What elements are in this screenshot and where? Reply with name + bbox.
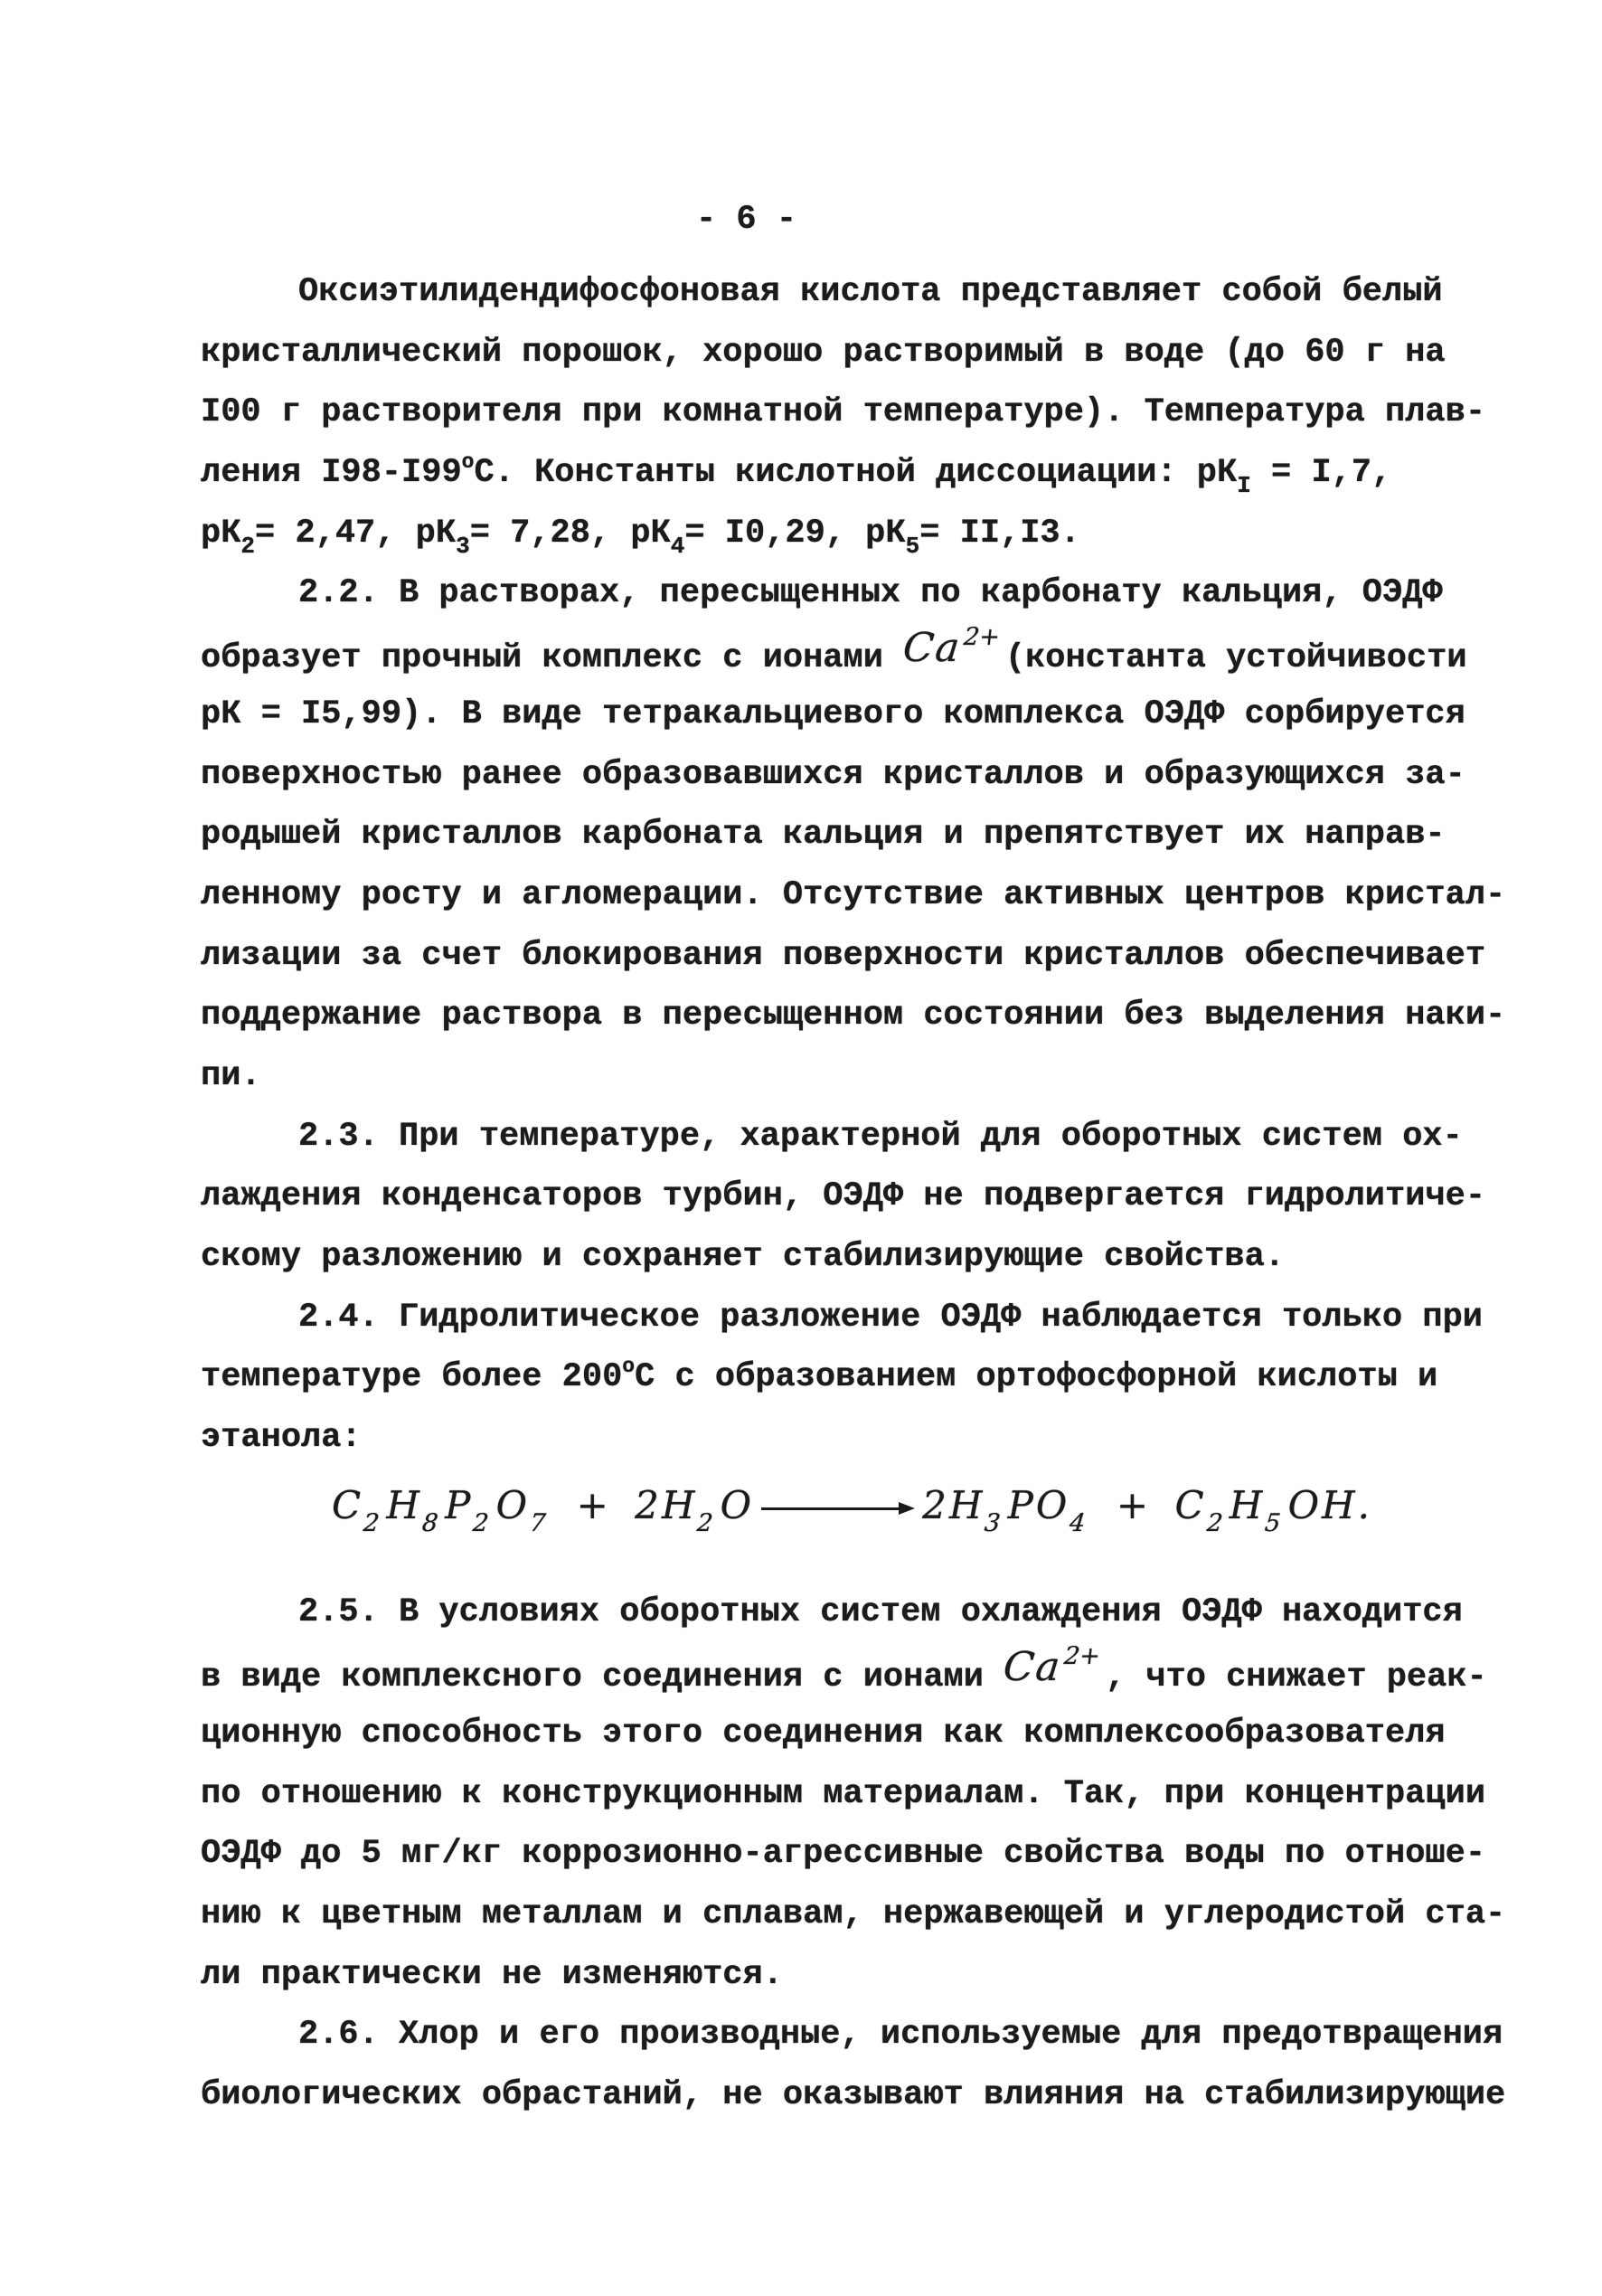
typed-text: нию к цветным металлам и сплавам, нержав… bbox=[201, 1895, 1505, 1933]
typed-text: 2H bbox=[922, 1483, 985, 1527]
degree-superscript: о bbox=[462, 432, 475, 493]
subscript: 3 bbox=[982, 1494, 1006, 1554]
typed-text: H bbox=[1230, 1483, 1266, 1527]
text-line: 2.6. Хлор и его производные, используемы… bbox=[201, 2005, 1503, 2065]
typed-text: рК = I5,99). В виде тетракальциевого ком… bbox=[201, 695, 1465, 733]
subscript: 2 bbox=[470, 1494, 495, 1554]
text-line: ления I98-I99оС. Константы кислотной дис… bbox=[201, 443, 1503, 504]
typed-text: по отношению к конструкционным материала… bbox=[201, 1775, 1485, 1813]
typed-text: в виде комплексного соединения с ионами bbox=[201, 1658, 1004, 1696]
typed-text: поверхностью ранее образовавшихся криста… bbox=[201, 756, 1465, 794]
text-line: образует прочный комплекс с ионами Са2+(… bbox=[201, 624, 1503, 685]
chemical-equation: C2H8P2O7 + 2H2O2H3PO4 + C2H5OH. bbox=[201, 1476, 1503, 1536]
typed-text: лизации за счет блокирования поверхности… bbox=[201, 937, 1485, 975]
typed-text: 2.2. В растворах, пересыщенных по карбон… bbox=[298, 574, 1443, 612]
typed-text: 2.4. Гидролитическое разложение ОЭДФ наб… bbox=[298, 1299, 1483, 1337]
typed-text: = II,I3. bbox=[919, 515, 1080, 553]
typed-text: = I0,29, рК bbox=[684, 515, 905, 553]
scanned-document-page: - 6 - Оксиэтилидендифосфоновая кислота п… bbox=[0, 0, 1602, 2296]
typed-text: ционную способность этого соединения как… bbox=[201, 1715, 1446, 1753]
subscript: I bbox=[1237, 456, 1251, 516]
subscript: 8 bbox=[419, 1494, 443, 1554]
text-line: кристаллический порошок, хорошо раствори… bbox=[201, 323, 1503, 383]
typed-text: OH. bbox=[1288, 1483, 1372, 1527]
typed-text: родышей кристаллов карбоната кальция и п… bbox=[201, 816, 1446, 854]
typed-text: кристаллический порошок, хорошо раствори… bbox=[201, 334, 1446, 372]
text-line: ОЭДФ до 5 мг/кг коррозионно-агрессивные … bbox=[201, 1824, 1503, 1885]
typed-text: скому разложению и сохраняет стабилизиру… bbox=[201, 1238, 1285, 1276]
text-line: рК2= 2,47, рК3= 7,28, рК4= I0,29, рК5= I… bbox=[201, 504, 1503, 564]
typed-text: лаждения конденсаторов турбин, ОЭДФ не п… bbox=[201, 1177, 1485, 1215]
text-line: пи. bbox=[201, 1046, 1503, 1107]
subscript: 4 bbox=[671, 516, 685, 577]
text-line: 2.3. При температуре, характерной для об… bbox=[201, 1107, 1503, 1167]
subscript: 7 bbox=[527, 1494, 551, 1554]
subscript: 5 bbox=[906, 516, 920, 577]
typed-text: P bbox=[445, 1483, 473, 1527]
text-line: в виде комплексного соединения с ионами … bbox=[201, 1643, 1503, 1704]
handwritten-calcium-ion: Са bbox=[1001, 1638, 1065, 1698]
typed-text: образует прочный комплекс с ионами bbox=[201, 639, 903, 677]
typed-text: биологических обрастаний, не оказывают в… bbox=[201, 2076, 1505, 2114]
handwritten-ion-charge-superscript: 2+ bbox=[1061, 1627, 1104, 1687]
typed-text: O bbox=[721, 1483, 754, 1527]
text-line: по отношению к конструкционным материала… bbox=[201, 1764, 1503, 1825]
typed-text: + C bbox=[1093, 1483, 1207, 1527]
handwritten-ion-charge-superscript: 2+ bbox=[961, 608, 1004, 668]
text-line: поверхностью ранее образовавшихся криста… bbox=[201, 745, 1503, 806]
typed-text: поддержание раствора в пересыщенном сост… bbox=[201, 997, 1505, 1035]
typed-text: = 2,47, рК bbox=[255, 515, 456, 553]
subscript: 4 bbox=[1067, 1494, 1091, 1554]
subscript: 2 bbox=[361, 1494, 385, 1554]
text-line: лаждения конденсаторов турбин, ОЭДФ не п… bbox=[201, 1167, 1503, 1227]
text-line: 2.2. В растворах, пересыщенных по карбон… bbox=[201, 563, 1503, 624]
typed-text: пи. bbox=[201, 1057, 261, 1095]
typed-text: , что снижает реак- bbox=[1106, 1658, 1487, 1696]
typed-text: (константа устойчивости bbox=[1005, 639, 1467, 677]
reaction-arrow-icon bbox=[761, 1495, 915, 1522]
typed-text: O bbox=[496, 1483, 530, 1527]
typed-text: ленному росту и агломерации. Отсутствие … bbox=[201, 876, 1505, 914]
text-line: ционную способность этого соединения как… bbox=[201, 1704, 1503, 1764]
typed-text: = 7,28, рК bbox=[470, 515, 671, 553]
typed-text: PO bbox=[1008, 1483, 1070, 1527]
text-line: нию к цветным металлам и сплавам, нержав… bbox=[201, 1885, 1503, 1945]
typed-text: рК bbox=[201, 515, 240, 553]
typed-text: температуре более 200 bbox=[201, 1358, 622, 1396]
typed-text: ления I98-I99 bbox=[201, 454, 462, 492]
typed-text: I00 г растворителя при комнатной темпера… bbox=[201, 393, 1485, 431]
typed-text: C bbox=[332, 1483, 363, 1527]
typed-text: С с образованием ортофосфорной кислоты и bbox=[635, 1358, 1437, 1396]
typed-text: 2.5. В условиях оборотных систем охлажде… bbox=[298, 1593, 1463, 1631]
typed-text: ли практически не изменяются. bbox=[201, 1956, 783, 1994]
text-line: I00 г растворителя при комнатной темпера… bbox=[201, 383, 1503, 443]
subscript: 2 bbox=[1203, 1494, 1228, 1554]
typed-text: С. Константы кислотной диссоциации: рК bbox=[474, 454, 1237, 492]
typed-text: этанола: bbox=[201, 1419, 362, 1457]
text-line: родышей кристаллов карбоната кальция и п… bbox=[201, 805, 1503, 865]
typed-text: + 2H bbox=[552, 1483, 697, 1527]
text-line: Оксиэтилидендифосфоновая кислота предста… bbox=[201, 262, 1503, 323]
subscript: 2 bbox=[694, 1494, 719, 1554]
typed-text: Оксиэтилидендифосфоновая кислота предста… bbox=[298, 273, 1443, 311]
subscript: 5 bbox=[1262, 1494, 1286, 1554]
typed-text: 2.3. При температуре, характерной для об… bbox=[298, 1118, 1463, 1156]
text-line: 2.5. В условиях оборотных систем охлажде… bbox=[201, 1583, 1503, 1643]
typed-text: 2.6. Хлор и его производные, используемы… bbox=[298, 2016, 1503, 2054]
subscript: 2 bbox=[240, 516, 255, 577]
text-line: лизации за счет блокирования поверхности… bbox=[201, 926, 1503, 987]
typed-text: ОЭДФ до 5 мг/кг коррозионно-агрессивные … bbox=[201, 1835, 1485, 1873]
subscript: 3 bbox=[456, 516, 470, 577]
typed-text: H bbox=[386, 1483, 422, 1527]
text-line: этанола: bbox=[201, 1408, 1503, 1469]
text-line: ленному росту и агломерации. Отсутствие … bbox=[201, 865, 1503, 926]
typed-text: = I,7, bbox=[1251, 454, 1391, 492]
text-line: поддержание раствора в пересыщенном сост… bbox=[201, 986, 1503, 1046]
handwritten-calcium-ion: Са bbox=[900, 619, 965, 679]
document-body: Оксиэтилидендифосфоновая кислота предста… bbox=[0, 0, 1602, 2126]
text-line: температуре более 200оС с образованием о… bbox=[201, 1347, 1503, 1408]
text-line: скому разложению и сохраняет стабилизиру… bbox=[201, 1227, 1503, 1288]
text-line: 2.4. Гидролитическое разложение ОЭДФ наб… bbox=[201, 1288, 1503, 1348]
text-line: рК = I5,99). В виде тетракальциевого ком… bbox=[201, 685, 1503, 745]
degree-superscript: о bbox=[622, 1337, 635, 1397]
text-line: биологических обрастаний, не оказывают в… bbox=[201, 2065, 1503, 2126]
text-line: ли практически не изменяются. bbox=[201, 1945, 1503, 2006]
